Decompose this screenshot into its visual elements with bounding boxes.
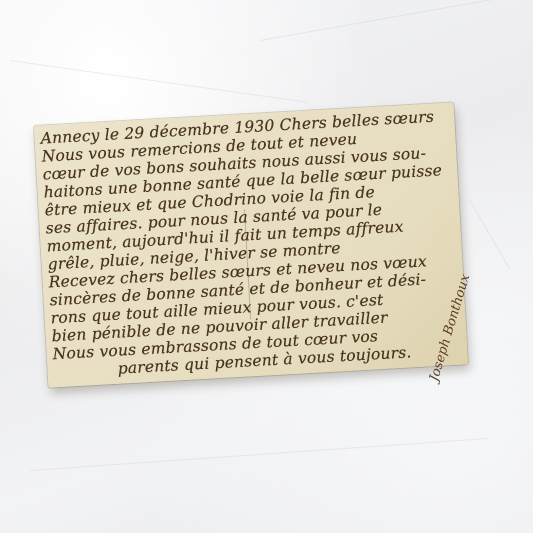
tissue-crease <box>30 438 489 471</box>
signature: Joseph Bonthoux <box>427 273 473 384</box>
tissue-crease <box>260 0 516 41</box>
postcard: Annecy le 29 décembre 1930 Chers belles … <box>34 103 468 388</box>
tissue-crease <box>10 60 307 103</box>
tissue-crease <box>470 200 511 270</box>
